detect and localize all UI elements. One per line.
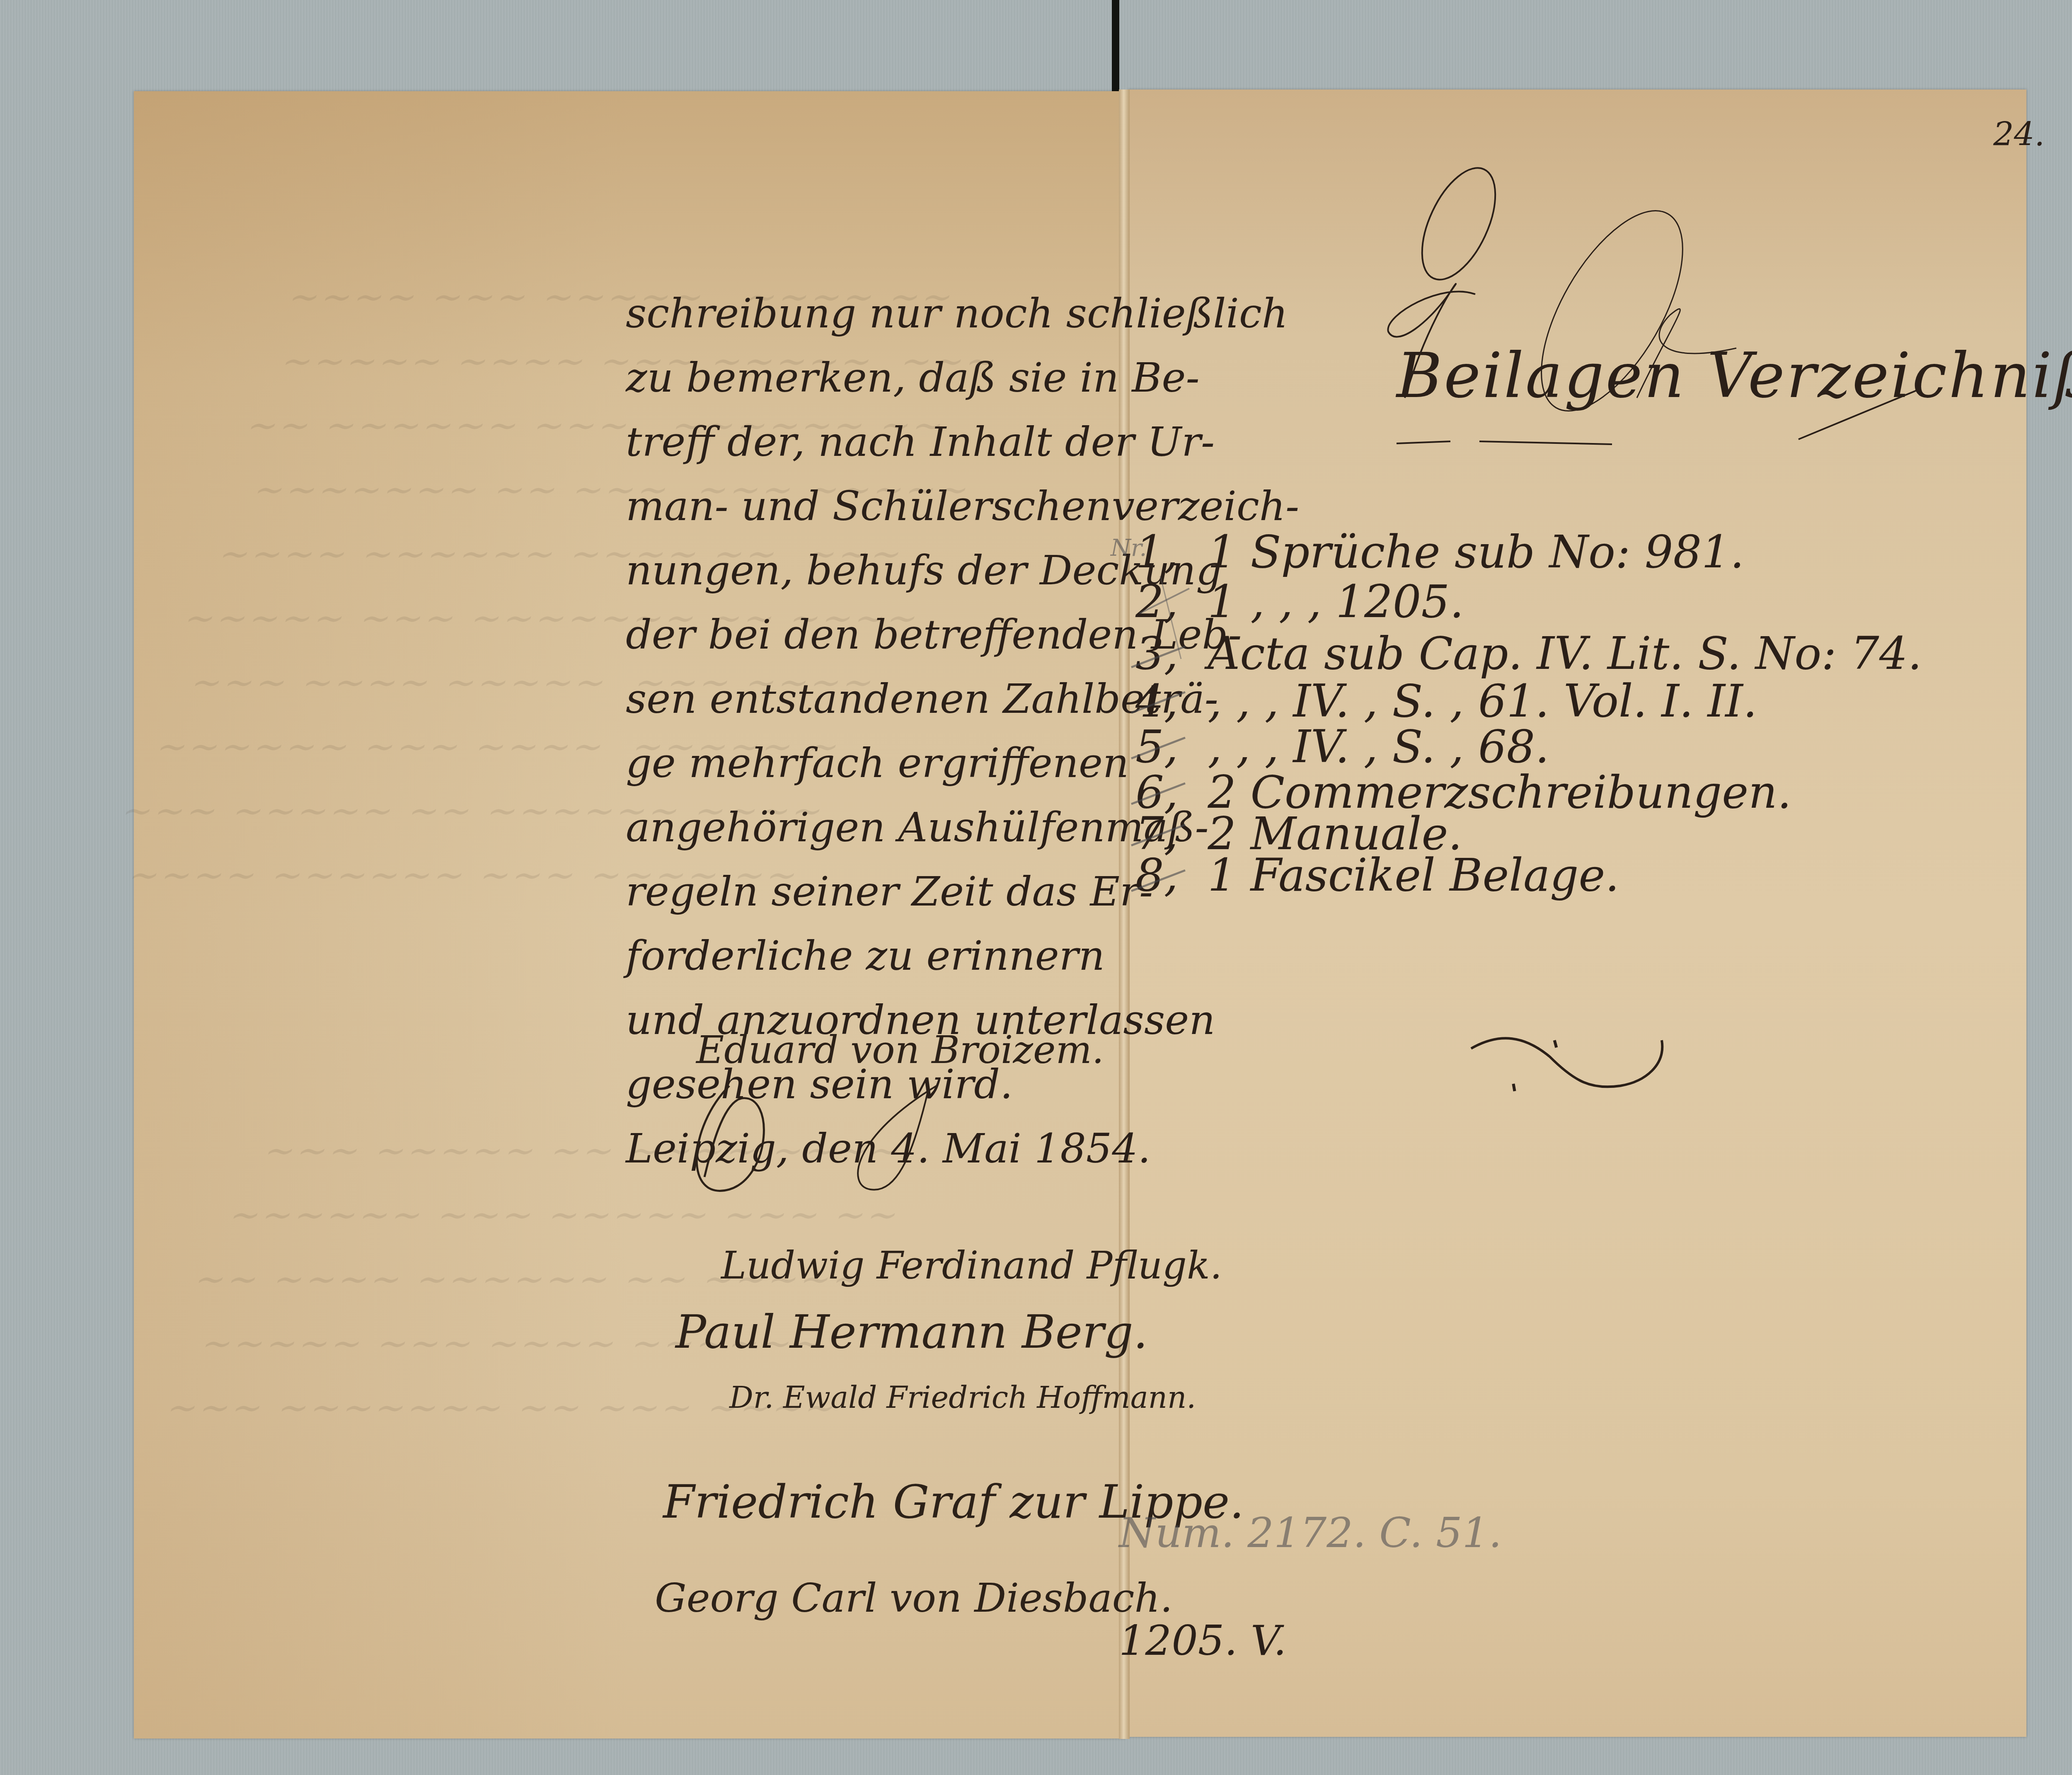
list-item: 1, 1 Sprüche sub No: 981. [1135, 526, 1744, 578]
body-line: zu bemerken, daß sie in Be- [626, 346, 1299, 410]
folio-number: 24. [1993, 116, 2045, 153]
item-text: 1 Sprüche sub No: 981. [1208, 526, 1744, 578]
closing-flourish-icon [1467, 1032, 1716, 1115]
signature: Dr. Ewald Friedrich Hoffmann. [729, 1380, 1196, 1415]
list-item: 8, 1 Fascikel Belage. [1135, 850, 1619, 901]
list-item: 4, , , , IV. , S. , 61. Vol. I. II. [1135, 676, 1757, 727]
body-line: forderliche zu erinnern [626, 924, 1299, 988]
signature: Ludwig Ferdinand Pflugk. [721, 1243, 1222, 1288]
list-item: 3, Acta sub Cap. IV. Lit. S. No: 74. [1135, 628, 1922, 680]
footer-reference: 1205. V. [1119, 1616, 1287, 1665]
signature-flourish-icon [680, 1078, 970, 1202]
item-text: 1 , , , 1205. [1208, 576, 1464, 628]
item-text: Acta sub Cap. IV. Lit. S. No: 74. [1208, 628, 1922, 680]
scanner-divider-line [1112, 0, 1119, 92]
signature: Georg Carl von Diesbach. [655, 1575, 1173, 1621]
signature: Paul Hermann Berg. [675, 1305, 1148, 1358]
item-text: , , , IV. , S. , 68. [1208, 721, 1549, 773]
item-text: , , , IV. , S. , 61. Vol. I. II. [1208, 676, 1757, 727]
body-line: schreibung nur noch schließlich [626, 282, 1299, 346]
archive-pencil-note: Num. 2172. C. 51. [1119, 1509, 1502, 1557]
enclosures-heading: Beilagen Verzeichniß [1397, 340, 2072, 412]
list-item: 5, , , , IV. , S. , 68. [1135, 721, 1549, 773]
margin-note: Nr. [1111, 535, 1147, 562]
item-text: 1 Fascikel Belage. [1208, 850, 1619, 901]
margin-check-marks-icon [1127, 638, 1193, 937]
body-line: treff der, nach Inhalt der Ur- [626, 410, 1299, 475]
signature: Eduard von Broizem. [696, 1028, 1104, 1072]
